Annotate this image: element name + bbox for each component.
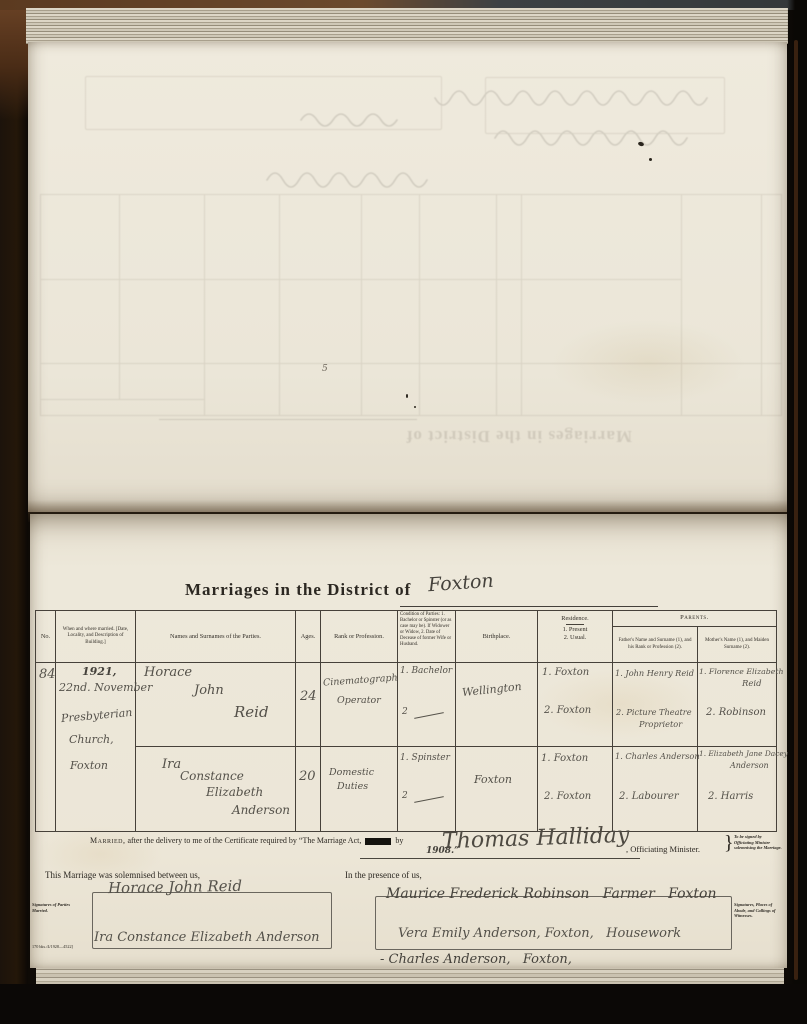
cell-bride-birthplace: Foxton [456, 747, 538, 831]
bride-age: 20 [299, 769, 316, 785]
bride-rank-2: Duties [337, 781, 368, 793]
witness1-signature: Maurice Frederick Robinson Farmer Foxton [386, 886, 716, 902]
residence-header-rule [566, 624, 584, 625]
groom-age: 24 [300, 689, 317, 705]
ink-speck [649, 158, 652, 161]
cell-groom-names: Horace John Reid [136, 663, 296, 747]
ghost-table-grid [40, 194, 782, 416]
bride-father-name: 1. Charles Anderson [615, 751, 700, 761]
header-birthplace: Birthplace. [456, 611, 538, 663]
bride-birthplace: Foxton [474, 773, 512, 787]
groom-condition-2: 2 [402, 707, 408, 718]
groom-surname: Reid [234, 703, 269, 722]
cell-groom-age: 24 [296, 663, 321, 747]
minister-signature: Thomas Halliday [442, 823, 630, 855]
minister-note: To be signed by Officiating Minister sol… [734, 834, 782, 851]
groom-condition-1: 1. Bachelor [400, 666, 452, 677]
header-mother: Mother's Name (1), and Maiden Surname (2… [698, 627, 776, 663]
bride-condition-dash [414, 796, 444, 803]
witnesses-box-label: Signatures, Places of Abode, and Calling… [734, 902, 784, 919]
header-residence: Residence. 1. Present 2. Usual. [538, 611, 613, 663]
married-text-end: by [395, 836, 403, 845]
header-residence-present: 1. Present [540, 626, 610, 634]
bride-forename-3: Elizabeth [206, 785, 263, 800]
header-when-where: When and where married. [Date, Locality,… [56, 611, 136, 663]
groom-forename-2: John [194, 683, 224, 699]
entry-building-1: Presbyterian [61, 706, 133, 726]
form-code: 170 bks./4/1928—4522] [32, 944, 73, 949]
header-residence-usual: 2. Usual. [540, 634, 610, 642]
cell-bride-names: Ira Constance Elizabeth Anderson [136, 747, 296, 831]
bride-mother-name-1: 1. Elizabeth Jane Dacey [699, 749, 788, 758]
groom-father-rank-2: Proprietor [639, 719, 682, 729]
blank-verso-page: Marriages in the District of [28, 42, 787, 512]
minister-note-brace: } [724, 832, 734, 855]
marriage-register-form: Marriages in the District of Foxton No. … [30, 514, 787, 968]
groom-rank-1: Cinematograph [323, 672, 398, 689]
cell-groom-residence: 1. Foxton 2. Foxton [538, 663, 613, 747]
groom-residence-usual: 2. Foxton [544, 705, 591, 718]
entry-locality: Foxton [70, 759, 108, 773]
header-no: No. [36, 611, 56, 663]
book-spine-left [0, 0, 28, 1024]
groom-condition-dash [414, 712, 444, 719]
bride-mother-maiden: 2. Harris [708, 791, 753, 804]
parties-box-label: Signatures of Parties Married. [32, 902, 82, 913]
presence-label: In the presence of us, [345, 870, 422, 880]
bride-forename-2: Constance [180, 769, 244, 784]
groom-father-rank-1: 2. Picture Theatre [616, 707, 692, 717]
page-title: Marriages in the District of [185, 580, 411, 600]
header-names: Names and Surnames of the Parties. [136, 611, 296, 663]
cell-bride-father: 1. Charles Anderson 2. Labourer [613, 747, 698, 831]
cell-entry-no: 84 [36, 663, 56, 831]
groom-mother-maiden: 2. Robinson [706, 707, 766, 720]
entry-year: 1921, [82, 665, 116, 679]
redacted-act-year [365, 838, 391, 845]
cell-groom-mother: 1. Florence Elizabeth Reid 2. Robinson [698, 663, 776, 747]
header-rank: Rank or Profession. [321, 611, 398, 663]
scanned-register-page: Marriages in the District of [0, 0, 807, 1024]
district-underline [400, 606, 658, 607]
ink-speck [406, 394, 408, 398]
cell-groom-condition: 1. Bachelor 2 [398, 663, 456, 747]
bride-forename-1: Ira [162, 757, 181, 773]
cell-bride-age: 20 [296, 747, 321, 831]
bride-surname: Anderson [232, 803, 290, 818]
cell-groom-birthplace: Wellington [456, 663, 538, 747]
witness3-signature: - Charles Anderson, Foxton, [380, 952, 572, 967]
book-cover-edge-line [794, 40, 798, 980]
witness2-signature: Vera Emily Anderson, Foxton, Housework [398, 926, 681, 941]
cell-groom-rank: Cinematograph Operator [321, 663, 398, 747]
header-condition: Condition of Parties: 1. Bachelor or Spi… [398, 611, 456, 663]
book-bottom-edge [0, 984, 807, 1024]
certification-text: Married, after the delivery to me of the… [90, 836, 490, 845]
header-father: Father's Name and Surname (1), and his R… [613, 627, 698, 663]
bride-mother-name-2: Anderson [730, 761, 769, 771]
header-residence-title: Residence. [561, 615, 588, 622]
married-word: Married, [90, 836, 125, 845]
ghost-district-line [159, 419, 417, 420]
ink-speck [414, 406, 416, 408]
header-parents: Parents. [613, 611, 776, 627]
cell-bride-condition: 1. Spinster 2 [398, 747, 456, 831]
groom-birthplace: Wellington [461, 680, 522, 700]
groom-residence-present: 1. Foxton [542, 667, 589, 680]
cell-bride-rank: Domestic Duties [321, 747, 398, 831]
groom-mother-name-1: 1. Florence Elizabeth [699, 667, 784, 677]
bride-rank-1: Domestic [329, 767, 374, 779]
register-table: No. When and where married. [Date, Local… [35, 610, 777, 832]
cell-when-where: 1921, 22nd. November Presbyterian Church… [56, 663, 136, 831]
entry-number: 84 [39, 667, 56, 683]
page-stack-edges [26, 8, 788, 44]
bride-residence-usual: 2. Foxton [544, 791, 591, 804]
groom-rank-2: Operator [337, 695, 381, 707]
header-ages: Ages. [296, 611, 321, 663]
cell-bride-mother: 1. Elizabeth Jane Dacey Anderson 2. Harr… [698, 747, 776, 831]
show-through-ghost: Marriages in the District of [28, 42, 787, 512]
groom-forename-1: Horace [144, 665, 192, 681]
bride-father-rank: 2. Labourer [619, 791, 679, 804]
minister-signature-line [360, 858, 640, 859]
cell-groom-father: 1. John Henry Reid 2. Picture Theatre Pr… [613, 663, 698, 747]
ghost-handwriting-squiggles [167, 70, 727, 190]
minister-label: , Officiating Minister. [626, 844, 700, 854]
bride-condition-1: 1. Spinster [400, 753, 450, 764]
entry-building-2: Church, [69, 733, 114, 747]
party2-signature: Ira Constance Elizabeth Anderson [94, 930, 320, 945]
bride-residence-present: 1. Foxton [541, 753, 588, 766]
married-text: after the delivery to me of the Certific… [125, 836, 361, 845]
ghost-title: Marriages in the District of [406, 426, 632, 446]
witnesses-signature-box [375, 896, 732, 950]
district-name: Foxton [427, 570, 494, 597]
groom-mother-name-2: Reid [742, 679, 762, 690]
bride-condition-2: 2 [402, 791, 408, 802]
cell-bride-residence: 1. Foxton 2. Foxton [538, 747, 613, 831]
groom-father-name: 1. John Henry Reid [615, 668, 694, 678]
stray-pencil-mark: 5 [322, 364, 328, 374]
party1-signature: Horace John Reid [108, 877, 242, 897]
